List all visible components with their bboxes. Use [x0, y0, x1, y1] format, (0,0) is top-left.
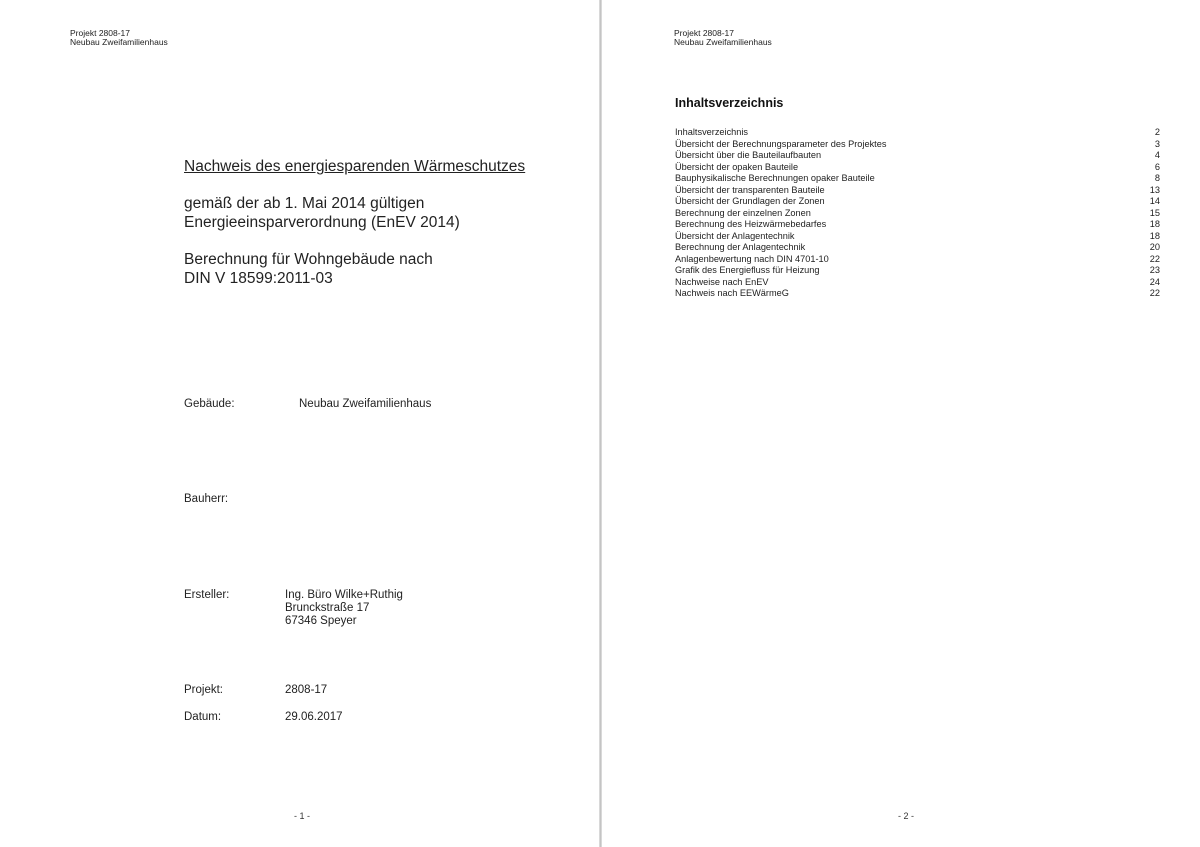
toc-entry[interactable]: Bauphysikalische Berechnungen opaker Bau… — [675, 173, 1160, 185]
toc-entry-page: 22 — [1150, 288, 1160, 300]
document-title: Nachweis des energiesparenden Wärmeschut… — [184, 157, 525, 176]
regulation-line-2: Energieeinsparverordnung (EnEV 2014) — [184, 214, 460, 231]
ersteller-city: 67346 Speyer — [285, 615, 357, 627]
ersteller-street: Brunckstraße 17 — [285, 602, 369, 614]
toc-entry[interactable]: Übersicht der opaken Bauteile6 — [675, 162, 1160, 174]
ersteller-name: Ing. Büro Wilke+Ruthig — [285, 589, 403, 601]
toc-entry-title: Inhaltsverzeichnis — [675, 127, 748, 139]
toc-entry-title: Bauphysikalische Berechnungen opaker Bau… — [675, 173, 875, 185]
toc-entry-page: 8 — [1155, 173, 1160, 185]
toc-entry[interactable]: Grafik des Energiefluss für Heizung23 — [675, 265, 1160, 277]
toc-entry[interactable]: Übersicht der transparenten Bauteile13 — [675, 185, 1160, 197]
toc-entry-title: Berechnung des Heizwärmebedarfes — [675, 219, 826, 231]
toc-entry[interactable]: Anlagenbewertung nach DIN 4701-1022 — [675, 254, 1160, 266]
page-header: Projekt 2808-17 Neubau Zweifamilienhaus — [674, 29, 772, 47]
toc-entry-page: 2 — [1155, 127, 1160, 139]
toc-entry-page: 4 — [1155, 150, 1160, 162]
standard-text: Berechnung für Wohngebäude nach DIN V 18… — [184, 250, 525, 288]
toc-entry-page: 18 — [1150, 219, 1160, 231]
standard-line-1: Berechnung für Wohngebäude nach — [184, 251, 433, 268]
field-value: Ing. Büro Wilke+Ruthig Brunckstraße 17 6… — [285, 589, 403, 628]
toc-entry-page: 3 — [1155, 139, 1160, 151]
toc-entry-title: Grafik des Energiefluss für Heizung — [675, 265, 820, 277]
toc-entry-title: Nachweise nach EnEV — [675, 277, 768, 289]
toc-entry-title: Übersicht über die Bauteilaufbauten — [675, 150, 821, 162]
toc-entry[interactable]: Übersicht über die Bauteilaufbauten4 — [675, 150, 1160, 162]
toc-entry[interactable]: Berechnung der einzelnen Zonen15 — [675, 208, 1160, 220]
field-label: Bauherr: — [184, 493, 228, 506]
toc-entry-title: Übersicht der Grundlagen der Zonen — [675, 196, 825, 208]
toc-entry[interactable]: Berechnung der Anlagentechnik20 — [675, 242, 1160, 254]
table-of-contents: Inhaltsverzeichnis2Übersicht der Berechn… — [675, 127, 1160, 300]
toc-entry-page: 6 — [1155, 162, 1160, 174]
standard-line-2: DIN V 18599:2011-03 — [184, 270, 333, 287]
toc-entry[interactable]: Berechnung des Heizwärmebedarfes18 — [675, 219, 1160, 231]
toc-entry-title: Übersicht der Anlagentechnik — [675, 231, 795, 243]
toc-entry-page: 22 — [1150, 254, 1160, 266]
page-header: Projekt 2808-17 Neubau Zweifamilienhaus — [70, 29, 168, 47]
toc-entry-title: Übersicht der Berechnungsparameter des P… — [675, 139, 886, 151]
page-number: - 2 - — [898, 811, 914, 821]
toc-entry-page: 18 — [1150, 231, 1160, 243]
toc-entry-title: Anlagenbewertung nach DIN 4701-10 — [675, 254, 829, 266]
toc-entry-title: Berechnung der Anlagentechnik — [675, 242, 805, 254]
toc-entry[interactable]: Übersicht der Berechnungsparameter des P… — [675, 139, 1160, 151]
regulation-text: gemäß der ab 1. Mai 2014 gültigen Energi… — [184, 194, 525, 232]
toc-entry-title: Übersicht der opaken Bauteile — [675, 162, 798, 174]
toc-entry-page: 23 — [1150, 265, 1160, 277]
field-label: Ersteller: — [184, 589, 229, 602]
title-block: Nachweis des energiesparenden Wärmeschut… — [184, 157, 525, 306]
toc-entry-page: 14 — [1150, 196, 1160, 208]
toc-entry[interactable]: Übersicht der Anlagentechnik18 — [675, 231, 1160, 243]
regulation-line-1: gemäß der ab 1. Mai 2014 gültigen — [184, 195, 424, 212]
header-building: Neubau Zweifamilienhaus — [70, 38, 168, 47]
toc-entry-title: Berechnung der einzelnen Zonen — [675, 208, 811, 220]
field-label: Gebäude: — [184, 398, 235, 411]
field-value: 2808-17 — [285, 684, 327, 697]
field-label: Projekt: — [184, 684, 223, 697]
toc-entry[interactable]: Inhaltsverzeichnis2 — [675, 127, 1160, 139]
toc-entry[interactable]: Nachweise nach EnEV24 — [675, 277, 1160, 289]
toc-entry-title: Übersicht der transparenten Bauteile — [675, 185, 825, 197]
toc-entry-page: 20 — [1150, 242, 1160, 254]
toc-entry[interactable]: Übersicht der Grundlagen der Zonen14 — [675, 196, 1160, 208]
toc-entry-title: Nachweis nach EEWärmeG — [675, 288, 789, 300]
page-number: - 1 - — [294, 811, 310, 821]
header-building: Neubau Zweifamilienhaus — [674, 38, 772, 47]
toc-entry-page: 15 — [1150, 208, 1160, 220]
page-1: Projekt 2808-17 Neubau Zweifamilienhaus … — [0, 0, 599, 847]
toc-heading: Inhaltsverzeichnis — [675, 96, 783, 110]
toc-entry-page: 24 — [1150, 277, 1160, 289]
field-value: Neubau Zweifamilienhaus — [299, 398, 431, 411]
field-label: Datum: — [184, 711, 221, 724]
page-2: Projekt 2808-17 Neubau Zweifamilienhaus … — [602, 0, 1200, 847]
toc-entry[interactable]: Nachweis nach EEWärmeG22 — [675, 288, 1160, 300]
toc-entry-page: 13 — [1150, 185, 1160, 197]
field-value: 29.06.2017 — [285, 711, 343, 724]
